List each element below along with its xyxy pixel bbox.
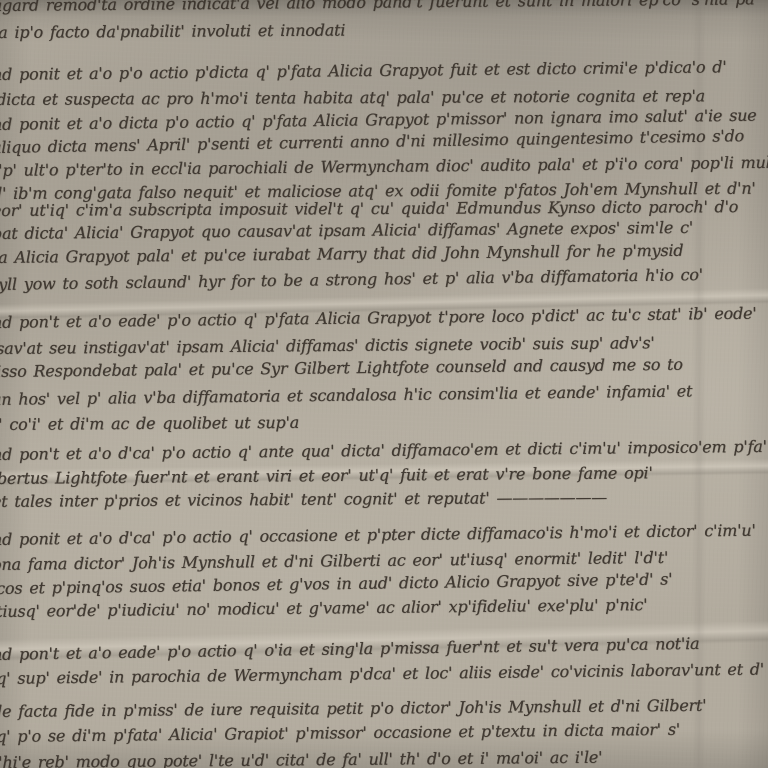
manuscript-line: t'hi'e reb' modo quo pote' l'te u'd' cit… — [0, 748, 768, 768]
manuscript-line: 'tiusq' eor'de' p'iudiciu' no' modicu' e… — [0, 596, 768, 620]
manuscript-line: nd pon't et a'o d'ca' p'o actio q' ante … — [0, 439, 768, 463]
manuscript-line: t'p' ult'o p'ter'to in eccl'ia parochial… — [0, 155, 768, 179]
manuscript-line: ta Alicia Grapyot pala' et pu'ce iurabat… — [0, 242, 768, 266]
manuscript-line: 'isso Respondebat pala' et pu'ce Syr Gil… — [0, 356, 768, 380]
manuscript-line: nd ponit et a'o p'o actio p'dicta q' p'f… — [0, 59, 768, 83]
manuscript-line: ta ip'o facto da'pnabilit' involuti et i… — [0, 19, 768, 41]
manuscript-photo: ugard remod'ta ordine indicat'a vel alio… — [0, 0, 768, 768]
manuscript-line: ugard remod'ta ordine indicat'a vel alio… — [0, 0, 768, 14]
manuscript-line: tyll yow to soth sclaund' hyr for to be … — [0, 266, 768, 293]
manuscript-line: 'dicta et suspecta ac pro h'mo'i tenta h… — [0, 88, 768, 108]
manuscript-line: et tales inter p'prios et vicinos habit'… — [0, 488, 768, 510]
manuscript-line: bat dicta' Alicia' Grapyot quo causav'at… — [0, 219, 768, 242]
manuscript-line: nd pon't et a'o eade' p'o actio q' o'ia … — [0, 635, 768, 663]
manuscript-line: nd ponit et a'o d'ca' p'o actio q' occas… — [0, 522, 768, 548]
manuscript-line: eor' ut'iq' c'im'a subscripta imposuit v… — [0, 199, 768, 219]
manuscript-line: 'sav'at seu instigav'at' ipsam Alicia' d… — [0, 334, 768, 357]
manuscript-line: an hos' vel p' alia v'ba diffamatoria et… — [0, 382, 768, 408]
manuscript-line: de facta fide in p'miss' de iure requisi… — [0, 697, 768, 720]
manuscript-line: lbertus Lightfote fuer'nt et erant viri … — [0, 464, 768, 487]
manuscript-line: 'q' sup' eisde' in parochia de Wermyncha… — [0, 661, 768, 687]
manuscript-line: 'q' p'o se di'm p'fata' Alicia' Grapiot'… — [0, 721, 768, 745]
manuscript-line: nd pon't et a'o eade' p'o actio q' p'fat… — [0, 305, 768, 331]
manuscript-line: t' co'i' et di'm ac de quolibet ut sup'a — [0, 411, 768, 433]
manuscript-line: 'cos et p'pinq'os suos etia' bonos et g'… — [0, 570, 768, 597]
